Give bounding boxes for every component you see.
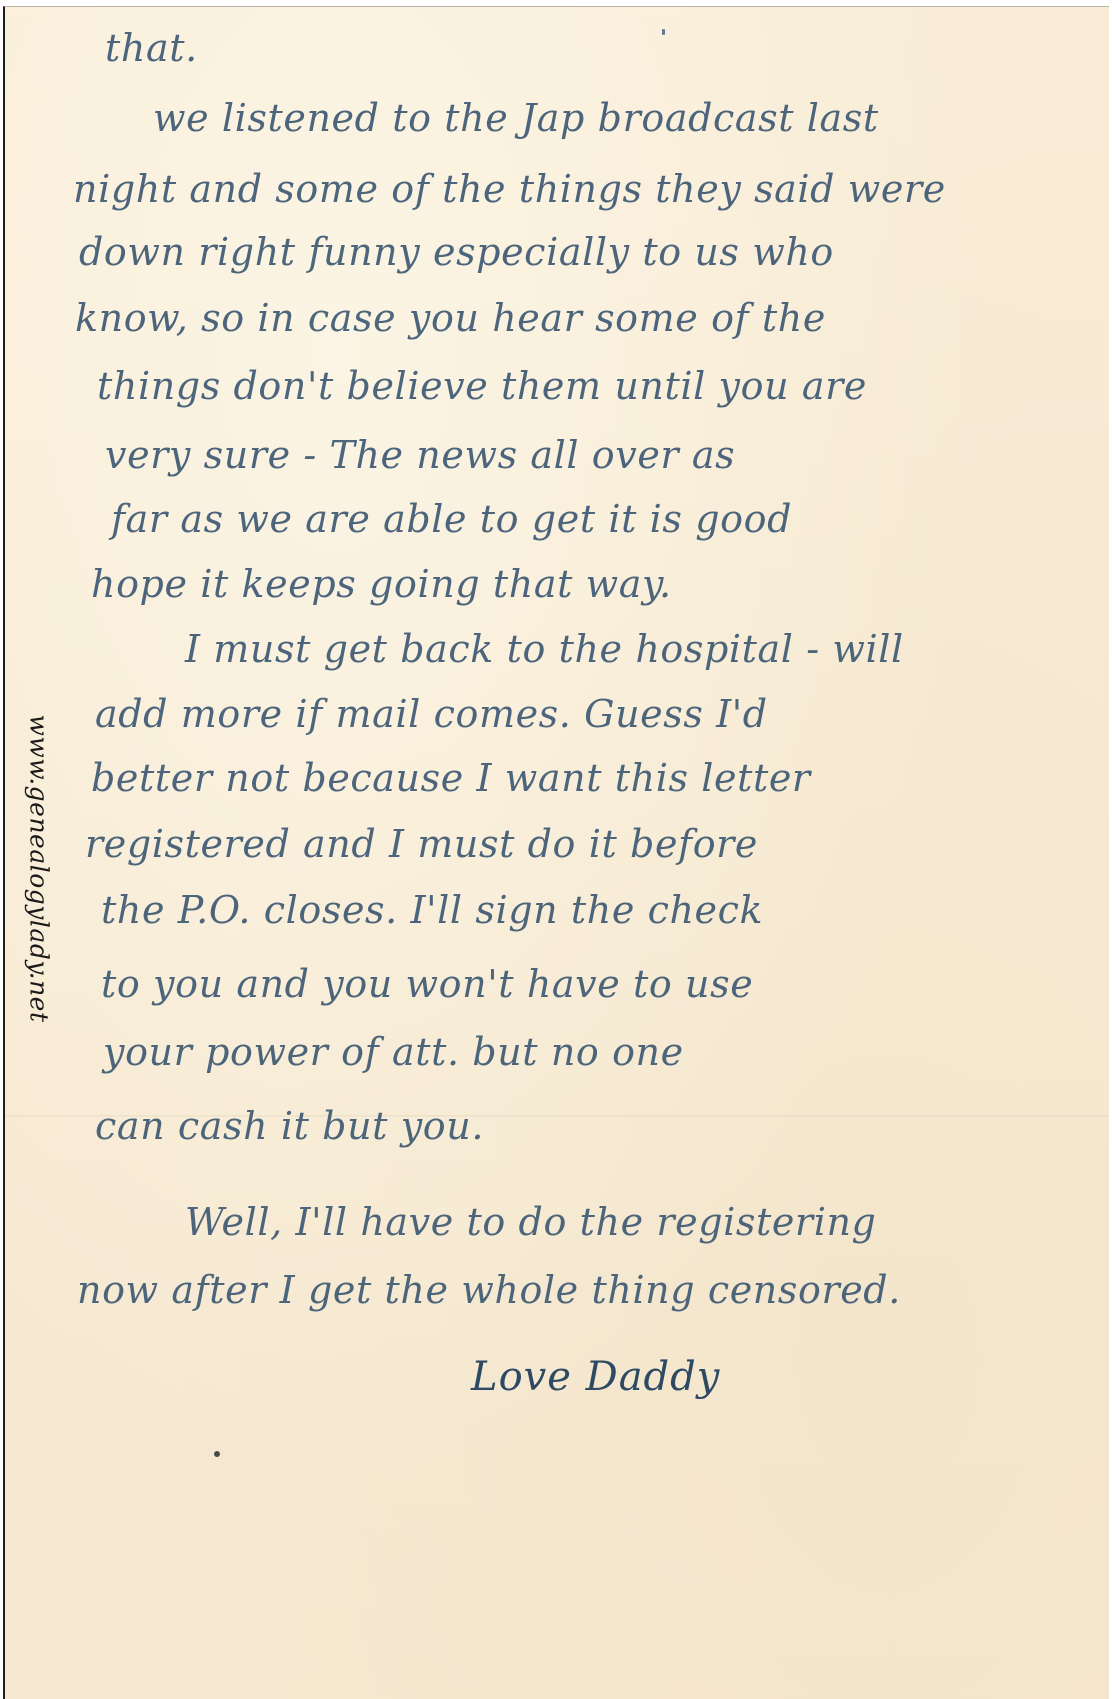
letter-line: far as we are able to get it is good — [111, 500, 792, 538]
letter-line: very sure - The news all over as — [105, 436, 735, 474]
watermark: www.genealogylady.net — [19, 695, 59, 1041]
letter-line: the P.O. closes. I'll sign the check — [101, 891, 763, 929]
letter-line: your power of att. but no one — [103, 1033, 684, 1071]
letter-line: know, so in case you hear some of the — [75, 299, 826, 337]
signature: Love Daddy — [471, 1357, 720, 1397]
letter-line: now after I get the whole thing censored… — [77, 1271, 901, 1309]
ink-mark — [662, 29, 665, 35]
letter-line: better not because I want this letter — [91, 759, 811, 797]
letter-line: things don't believe them until you are — [97, 367, 867, 405]
letter-line: that. — [105, 29, 198, 67]
letter-line: I must get back to the hospital - will — [185, 630, 904, 668]
letter-line: hope it keeps going that way. — [91, 565, 672, 603]
letter-line: down right funny especially to us who — [79, 233, 834, 271]
letter-paper: www.genealogylady.net that. we listened … — [3, 6, 1109, 1699]
watermark-text: www.genealogylady.net — [25, 714, 54, 1022]
letter-line: add more if mail comes. Guess I'd — [95, 695, 768, 733]
letter-line: night and some of the things they said w… — [73, 170, 946, 208]
letter-line: we listened to the Jap broadcast last — [153, 99, 879, 137]
letter-line: Well, I'll have to do the registering — [185, 1203, 876, 1241]
letter-line: registered and I must do it before — [85, 825, 758, 863]
letter-line: to you and you won't have to use — [101, 965, 753, 1003]
scanned-letter: www.genealogylady.net that. we listened … — [0, 0, 1112, 1699]
paper-speck — [214, 1451, 220, 1457]
letter-line: can cash it but you. — [95, 1107, 484, 1145]
